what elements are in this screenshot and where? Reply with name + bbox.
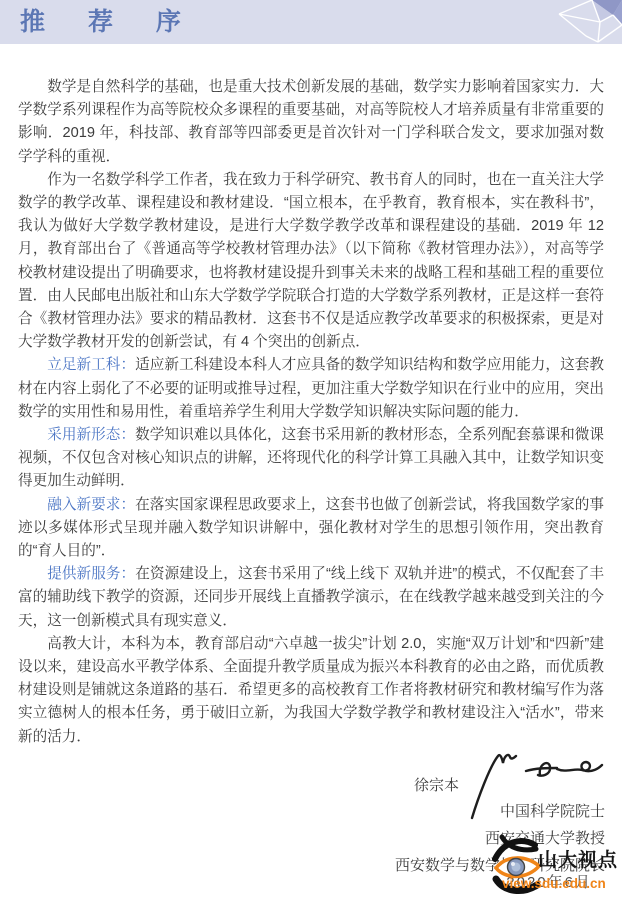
preface-paragraph: 高教大计，本科为本，教育部启动“六卓越一拔尖”计划 2.0，实施“双万计划”和“… [18,633,604,749]
preface-paragraph: 立足新工科：适应新工科建设本科人才应具备的数学知识结构和数学应用能力，这套教材在… [18,354,604,424]
paragraph-text: 作为一名数学科学工作者，我在致力于科学研究、教书育人的同时，也在一直关注大学数学… [18,172,604,350]
author-name: 徐宗本 [414,774,459,795]
paragraph-lead-label: 融入新要求： [47,497,135,513]
preface-paragraph: 作为一名数学科学工作者，我在致力于科学研究、教书育人的同时，也在一直关注大学数学… [18,169,604,355]
preface-paragraph: 数学是自然科学的基础，也是重大技术创新发展的基础，数学实力影响着国家实力．大学数… [18,76,604,169]
preface-body: 数学是自然科学的基础，也是重大技术创新发展的基础，数学实力影响着国家实力．大学数… [0,44,622,749]
preface-paragraph: 提供新服务：在资源建设上，这套书采用了“线上线下 双轨并进”的模式，不仅配套了丰… [18,563,604,633]
paragraph-lead-label: 立足新工科： [47,357,135,373]
watermark: 山大视点 view.sdu.edu.cn [492,834,620,900]
paragraph-text: 数学是自然科学的基础，也是重大技术创新发展的基础，数学实力影响着国家实力．大学数… [18,79,604,165]
author-title: 中国科学院院士 [395,798,605,825]
page-title: 推 荐 序 [20,0,199,44]
page-header: 推 荐 序 [0,0,622,44]
gem-decoration-icon [556,0,622,44]
preface-paragraph: 融入新要求：在落实国家课程思政要求上，这套书也做了创新尝试，将我国数学家的事迹以… [18,494,604,564]
watermark-url: view.sdu.edu.cn [502,876,606,891]
watermark-name: 山大视点 [538,845,618,872]
paragraph-text: 高教大计，本科为本，教育部启动“六卓越一拔尖”计划 2.0，实施“双万计划”和“… [18,636,604,745]
paragraph-lead-label: 采用新形态： [47,427,135,443]
paragraph-lead-label: 提供新服务： [47,566,135,582]
preface-paragraph: 采用新形态：数学知识难以具体化，这套书采用新的教材形态，全系列配套慕课和微课视频… [18,424,604,494]
preface-page: 推 荐 序 数学是自然科学的基础，也是重大技术创新发展的基础，数学实力影响着国家… [0,0,622,900]
